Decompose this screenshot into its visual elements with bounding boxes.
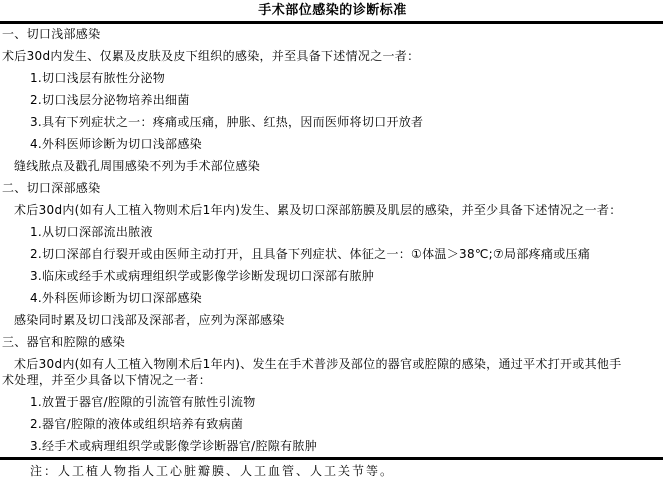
section-1-remark: 缝线脓点及戳孔周围感染不列为手术部位感染 <box>14 158 260 174</box>
section-2-item-3: 3.临床或经手术或病理组织学或影像学诊断发现切口深部有脓肿 <box>30 268 374 284</box>
section-1-heading: 一、切口浅部感染 <box>2 26 100 42</box>
top-rule <box>0 21 663 24</box>
section-3-item-1: 1.放置于器官/腔隙的引流管有脓性引流物 <box>30 394 256 410</box>
section-3-item-2: 2.器官/腔隙的液体或组织培养有致病菌 <box>30 416 243 432</box>
table-title: 手术部位感染的诊断标准 <box>0 2 665 20</box>
section-2-remark: 感染同时累及切口浅部及深部者，应列为深部感染 <box>14 312 285 328</box>
section-1-item-3: 3.具有下列症状之一：疼痛或压痛，肿胀、红热，因而医师将切口开放者 <box>30 114 423 130</box>
section-3-item-3: 3.经手术或病理组织学或影像学诊断器官/腔隙有脓肿 <box>30 438 317 454</box>
section-1-item-4: 4.外科医师诊断为切口浅部感染 <box>30 136 202 152</box>
section-1-item-2: 2.切口浅层分泌物培养出细菌 <box>30 92 190 108</box>
section-3-heading: 三、器官和腔隙的感染 <box>2 334 125 350</box>
section-2-item-1: 1.从切口深部流出脓液 <box>30 224 153 240</box>
section-3-intro-line-2: 术处理，并至少具备以下情况之一者： <box>2 372 211 388</box>
section-3-intro-line-1: 术后30d内(如有人工植入物刚术后1年内)、发生在手术普涉及部位的器官或腔隙的感… <box>14 356 622 372</box>
bottom-rule <box>0 457 663 460</box>
section-1-intro: 术后30d内发生、仅累及皮肤及皮下组织的感染，并至具备下述情况之一者： <box>2 48 419 64</box>
section-2-item-4: 4.外科医师诊断为切口深部感染 <box>30 290 202 306</box>
section-1-item-1: 1.切口浅层有脓性分泌物 <box>30 70 165 86</box>
section-2-item-2: 2.切口深部自行裂开或由医师主动打开，且具备下列症状、体征之一：①体温＞38℃;… <box>30 246 590 262</box>
section-2-intro: 术后30d内(如有人工植入物则术后1年内)发生、累及切口深部筋膜及肌层的感染，并… <box>14 202 622 218</box>
footnote: 注：人工植人物指人工心脏瓣膜、人工血管、人工关节等。 <box>30 463 394 479</box>
section-2-heading: 二、切口深部感染 <box>2 180 100 196</box>
